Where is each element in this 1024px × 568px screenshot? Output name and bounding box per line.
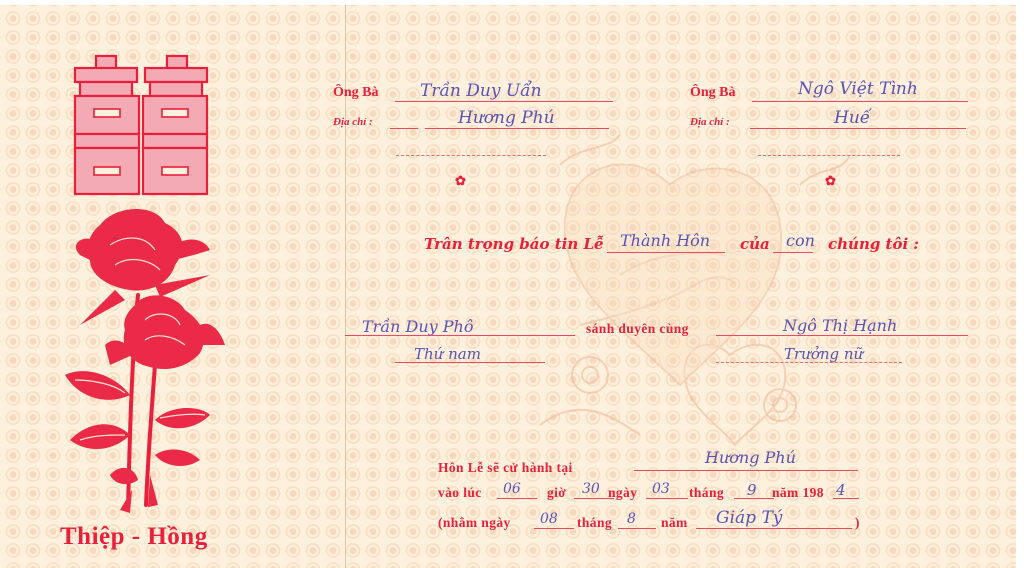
- lunar-day-value: 08: [540, 511, 558, 527]
- day-line: [646, 498, 688, 499]
- groom-address-line-a: [390, 128, 418, 129]
- announcement-of: của: [740, 235, 770, 253]
- groom-address-label: Địa chỉ :: [333, 116, 373, 128]
- minute-value: 30: [582, 481, 600, 497]
- month-value: 9: [747, 481, 757, 499]
- relation-line: [773, 252, 813, 253]
- announcement-prefix: Trân trọng báo tin Lễ: [424, 235, 604, 253]
- groom-parents-value: Trần Duy Uẩn: [420, 81, 542, 101]
- rose-illustration-icon: [60, 205, 230, 515]
- card-title: Thiệp - Hồng: [60, 523, 208, 551]
- double-happiness-icon: [72, 53, 212, 197]
- time-prefix: vào lúc: [438, 485, 482, 501]
- lunar-month-value: 8: [627, 511, 636, 527]
- ceremony-line: [607, 252, 725, 253]
- year-label: năm 198: [772, 485, 824, 501]
- bride-rank: Trưởng nữ: [784, 345, 863, 363]
- venue-line: [634, 470, 858, 471]
- bride-address-line-2: [758, 155, 900, 156]
- groom-name: Trần Duy Phô: [362, 317, 473, 336]
- announcement-suffix: chúng tôi :: [828, 235, 919, 253]
- couple-joiner: sánh duyên cùng: [586, 321, 689, 337]
- year-line: [833, 498, 859, 499]
- groom-address-value: Hương Phú: [458, 108, 555, 128]
- groom-address-line-b: [425, 128, 609, 129]
- groom-parents-line: [395, 101, 613, 102]
- ceremony-value: Thành Hôn: [620, 231, 710, 250]
- bride-address-line: [750, 128, 966, 129]
- month-label: tháng: [689, 485, 724, 501]
- bride-name-line: [716, 335, 968, 336]
- day-label: ngày: [608, 485, 637, 501]
- watermark-hearts-illustration: [520, 125, 860, 455]
- bride-parents-label: Ông Bà: [690, 85, 736, 101]
- relation-value: con: [786, 231, 815, 250]
- lunar-day-line: [534, 528, 574, 529]
- hour-line: [497, 498, 537, 499]
- lunar-year-label: năm: [661, 515, 688, 531]
- groom-address-line-2: [396, 155, 546, 156]
- lunar-close-paren: ): [855, 515, 860, 531]
- wedding-invitation-card: Thiệp - Hồng Ông Bà Trần Duy Uẩn Địa chỉ…: [0, 5, 1016, 568]
- day-value: 03: [652, 481, 670, 497]
- year-last-digit: 4: [836, 481, 846, 499]
- bride-address-value: Huế: [834, 108, 870, 128]
- lunar-prefix: (nhằm ngày: [438, 515, 511, 531]
- flower-ornament-icon: ✿: [455, 174, 466, 189]
- lunar-month-line: [618, 528, 656, 529]
- groom-rank-line: [395, 362, 545, 363]
- venue-value: Hương Phú: [705, 448, 796, 467]
- lunar-year-line: [696, 528, 852, 529]
- bride-address-label: Địa chỉ :: [690, 116, 730, 128]
- bride-name: Ngô Thị Hạnh: [783, 316, 897, 335]
- hour-label: giờ: [547, 485, 566, 501]
- bride-parents-line: [752, 101, 968, 102]
- bride-parents-value: Ngô Việt Tình: [798, 79, 918, 99]
- hour-value: 06: [503, 481, 521, 497]
- venue-label: Hôn Lễ sẽ cử hành tại: [438, 460, 573, 476]
- flower-ornament-icon: ✿: [825, 174, 836, 189]
- groom-rank: Thứ nam: [414, 345, 481, 363]
- groom-name-line: [345, 335, 575, 336]
- lunar-month-label: tháng: [577, 515, 612, 531]
- lunar-year-value: Giáp Tý: [716, 508, 782, 528]
- groom-parents-label: Ông Bà: [333, 85, 379, 101]
